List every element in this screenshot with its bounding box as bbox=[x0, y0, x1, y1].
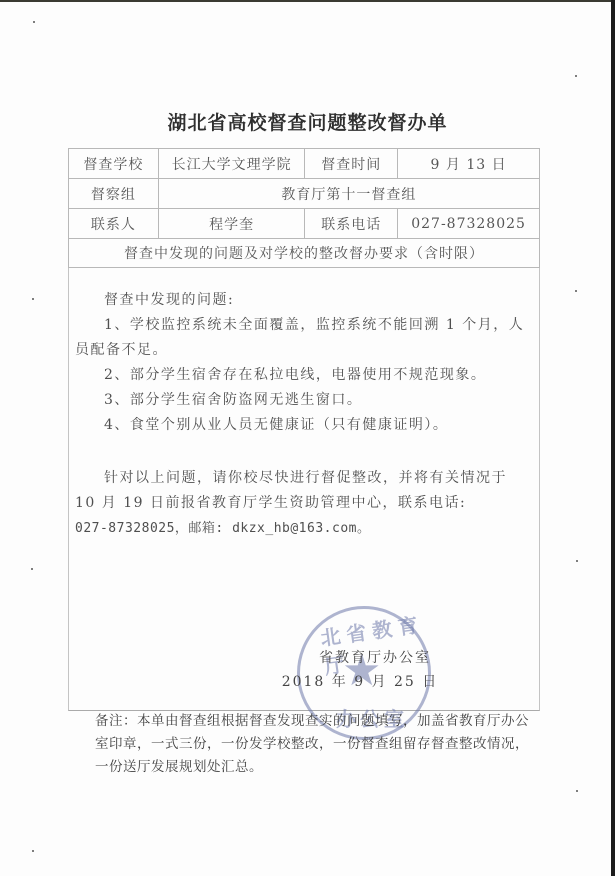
scan-speck bbox=[575, 75, 577, 77]
contact-value: 程学奎 bbox=[158, 209, 305, 239]
signature-date: 2018 年 9 月 25 日 bbox=[260, 670, 460, 694]
time-value: 9 月 13 日 bbox=[398, 149, 540, 179]
section-header: 督查中发现的问题及对学校的整改督办要求（含时限） bbox=[69, 239, 540, 268]
school-value: 长江大学文理学院 bbox=[158, 149, 305, 179]
issues-content: 督查中发现的问题: 1、学校监控系统未全面覆盖，监控系统不能回溯 1 个月，人员… bbox=[75, 288, 525, 541]
document-title: 湖北省高校督查问题整改督办单 bbox=[0, 108, 615, 135]
issue-item: 4、食堂个别从业人员无健康证（只有健康证明）。 bbox=[75, 413, 525, 438]
scan-speck bbox=[32, 298, 34, 300]
remarks-note: 备注：本单由督查组根据督查发现查实的问题填写，加盖省教育厅办公室印章，一式三份，… bbox=[95, 710, 535, 779]
requirement-line: 针对以上问题，请你校尽快进行督促整改，并将有关情况于 bbox=[75, 466, 525, 491]
contact-label: 联系人 bbox=[69, 209, 159, 239]
issue-item: 3、部分学生宿舍防盗网无逃生窗口。 bbox=[75, 388, 525, 413]
table-row-group: 督察组 教育厅第十一督查组 bbox=[69, 179, 540, 209]
issue-item: 1、学校监控系统未全面覆盖，监控系统不能回溯 1 个月，人员配备不足。 bbox=[75, 313, 525, 363]
group-value: 教育厅第十一督查组 bbox=[158, 179, 539, 209]
phone-value: 027-87328025 bbox=[398, 209, 540, 239]
school-label: 督查学校 bbox=[69, 149, 159, 179]
issues-heading: 督查中发现的问题: bbox=[75, 288, 525, 313]
scan-speck bbox=[576, 790, 578, 792]
signature-org: 省教育厅办公室 bbox=[260, 646, 460, 670]
scan-speck bbox=[32, 850, 34, 852]
signature-block: 省教育厅办公室 2018 年 9 月 25 日 bbox=[260, 646, 460, 694]
table-row-section-header: 督查中发现的问题及对学校的整改督办要求（含时限） bbox=[69, 239, 540, 268]
issue-item: 2、部分学生宿舍存在私拉电线，电器使用不规范现象。 bbox=[75, 363, 525, 388]
requirement-line: 10 月 19 日前报省教育厅学生资助管理中心，联系电话: bbox=[75, 491, 525, 516]
time-label: 督查时间 bbox=[305, 149, 398, 179]
requirement-contact-line: 027-87328025，邮箱: dkzx_hb@163.com。 bbox=[75, 516, 525, 541]
scan-speck bbox=[576, 560, 578, 562]
scan-speck bbox=[33, 21, 35, 23]
supervision-info-table: 督查学校 长江大学文理学院 督查时间 9 月 13 日 督察组 教育厅第十一督查… bbox=[68, 148, 540, 268]
scan-speck bbox=[575, 290, 577, 292]
phone-label: 联系电话 bbox=[305, 209, 398, 239]
group-label: 督察组 bbox=[69, 179, 159, 209]
scan-speck bbox=[31, 568, 33, 570]
table-row-contact: 联系人 程学奎 联系电话 027-87328025 bbox=[69, 209, 540, 239]
scan-top-edge bbox=[0, 0, 615, 2]
table-row-school: 督查学校 长江大学文理学院 督查时间 9 月 13 日 bbox=[69, 149, 540, 179]
